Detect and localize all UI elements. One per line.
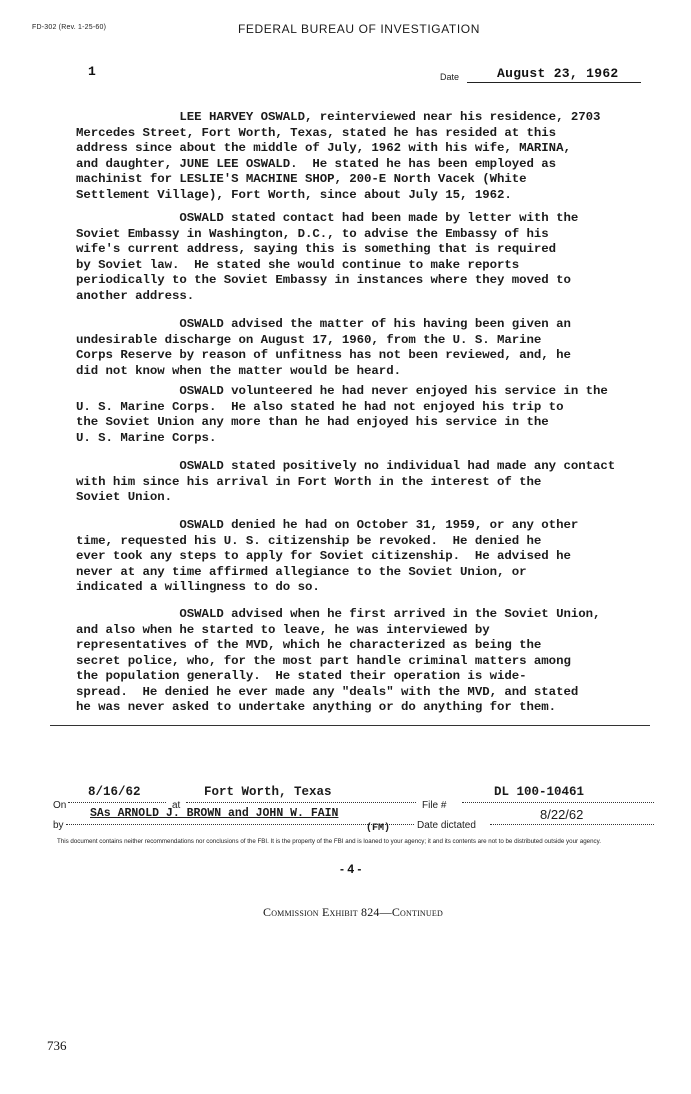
date-dictated-value: 8/22/62 [540, 807, 583, 822]
form-number: FD-302 (Rev. 1-25-60) [32, 24, 106, 31]
paragraph-no-contact: OSWALD stated positively no individual h… [76, 459, 676, 506]
location-field: Fort Worth, Texas [186, 788, 416, 803]
date-value: August 23, 1962 [497, 66, 619, 81]
agency-title: FEDERAL BUREAU OF INVESTIGATION [238, 22, 480, 36]
on-label: On [53, 800, 66, 811]
disclaimer-text: This document contains neither recommend… [57, 838, 657, 847]
separator-rule [50, 725, 650, 726]
interview-date-value: 8/16/62 [88, 785, 141, 799]
location-value: Fort Worth, Texas [204, 785, 332, 799]
typist-initials: (FM) [366, 823, 390, 834]
date-label: Date [440, 72, 459, 82]
paragraph-discharge: OSWALD advised the matter of his having … [76, 317, 676, 379]
page-marker: 1 [88, 64, 96, 79]
date-dictated-label: Date dictated [417, 820, 476, 831]
paragraph-mvd-interviews: OSWALD advised when he first arrived in … [76, 607, 676, 716]
paragraph-citizenship: OSWALD denied he had on October 31, 1959… [76, 518, 676, 596]
agents-field: SAs ARNOLD J. BROWN and JOHN W. FAIN [66, 810, 414, 825]
exhibit-caption: Commission Exhibit 824—Continued [263, 905, 443, 920]
date-dictated-field: 8/22/62 [490, 810, 654, 825]
date-field: August 23, 1962 [467, 67, 641, 83]
file-number-value: DL 100-10461 [494, 785, 584, 799]
paragraph-marine-service: OSWALD volunteered he had never enjoyed … [76, 384, 676, 446]
by-label: by [53, 820, 64, 831]
archive-page-number: 736 [47, 1038, 67, 1054]
agents-value: SAs ARNOLD J. BROWN and JOHN W. FAIN [90, 807, 338, 820]
interview-date-field: 8/16/62 [68, 788, 166, 803]
paragraph-embassy-contact: OSWALD stated contact had been made by l… [76, 211, 676, 304]
paragraph-residence: LEE HARVEY OSWALD, reinterviewed near hi… [76, 110, 676, 203]
file-number-field: DL 100-10461 [462, 788, 654, 803]
page-number: - 4 - [340, 862, 361, 876]
file-label: File # [422, 800, 446, 811]
